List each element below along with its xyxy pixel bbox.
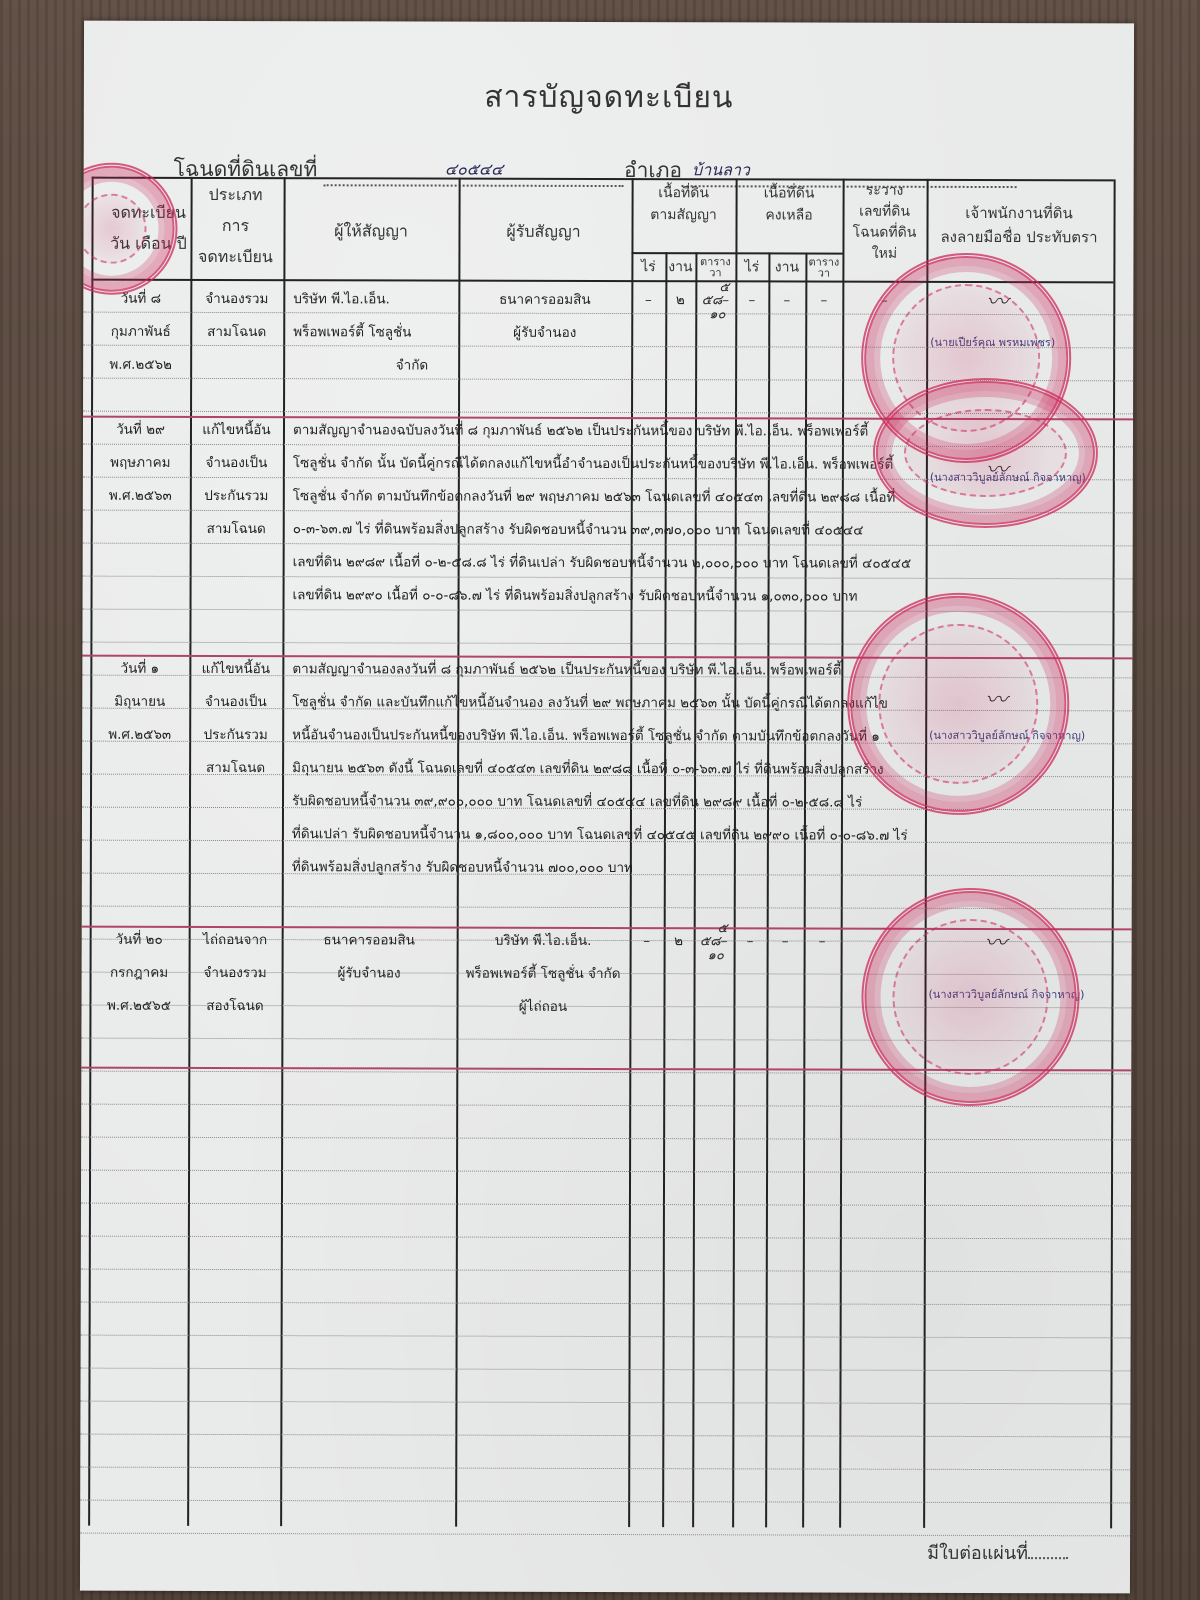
col-header-area-contract: เนื้อที่ดิน ตามสัญญา: [632, 182, 736, 226]
ruled-line: [81, 1368, 1131, 1372]
col-header-grantee: ผู้รับสัญญา: [458, 220, 628, 243]
entry-memo-line: โซลูชั่น จำกัด ตามบันทึกข้อตกลงวันที่ ๒๙…: [293, 480, 896, 515]
entry-grantor: ธนาคารออมสิน: [282, 924, 457, 957]
official-seal-4: [861, 888, 1080, 1107]
footer-text: มีใบต่อแผ่นที่: [927, 1543, 1028, 1564]
col-header-grantor: ผู้ให้สัญญา: [283, 219, 458, 242]
new-deed-line1: ระวาง: [843, 181, 927, 202]
entry-date: กรกฎาคม: [92, 957, 187, 990]
entry-type: สามโฉนด: [190, 513, 283, 546]
registration-page: สารบัญจดทะเบียน โฉนดที่ดินเลขที่ ๔๐๕๔๔อำ…: [80, 21, 1134, 1594]
continuation-sheet-label: มีใบต่อแผ่นที่: [927, 1538, 1068, 1567]
area-remaining-ngan: –: [767, 925, 804, 958]
entry-memo-line: หนี้อันจำนองเป็นประกันหนี้ของบริษัท พี.ไ…: [292, 719, 880, 754]
entry-date: วันที่ ๑: [92, 653, 187, 686]
entry-grantor: ผู้รับจำนอง: [282, 957, 457, 990]
area-remaining-ngan: –: [768, 284, 805, 317]
entry-type: สองโฉนด: [188, 990, 281, 1023]
entry-memo-line: ตามสัญญาจำนองลงวันที่ ๘ กุมภาพันธ์ ๒๕๖๒ …: [292, 653, 841, 687]
entry-type: สามโฉนด: [189, 752, 282, 785]
unit-header-ngan: งาน: [768, 256, 805, 279]
area-contract-rai: –: [631, 284, 665, 317]
new-deed-line4: ใหม่: [842, 244, 926, 265]
entry-type: จำนองเป็น: [190, 447, 283, 480]
entry-memo-line: มิถุนายน ๒๕๖๓ ดังนี้ โฉนดเลขที่ ๔๐๕๔๓ เล…: [292, 752, 884, 787]
unit-header-rai: ไร่: [631, 256, 665, 279]
entry-grantee: ธนาคารออมสิน: [458, 284, 631, 317]
col-header-type-line3: จดทะเบียน: [190, 245, 280, 268]
ruled-line: [81, 1335, 1131, 1339]
entry-grantee: พร็อพเพอร์ตี้ โซลูชั่น จำกัด: [457, 958, 630, 991]
area-contract-ngan: ๒: [665, 284, 695, 317]
entry-grantor: บริษัท พี.ไอ.เอ็น.: [293, 283, 443, 316]
entry-memo-line: ที่ดินเปล่า รับผิดชอบหนี้จำนวน ๑,๘๐๐,๐๐๐…: [292, 818, 908, 853]
ruled-line: [81, 1236, 1131, 1240]
entry-type: จำนองรวม: [189, 957, 282, 990]
col-header-type-line1: ประเภท: [191, 183, 281, 206]
entry-type: จำนองเป็น: [189, 686, 282, 719]
col-header-type-line2: การ: [190, 214, 280, 237]
entry-date: วันที่ ๒๙: [93, 414, 188, 447]
deed-number-value: ๔๐๕๔๔: [324, 157, 624, 183]
entry-memo-line: ๐-๓-๖๓.๗ ไร่ ที่ดินพร้อมสิ่งปลูกสร้าง รั…: [293, 513, 864, 547]
entry-memo-line: โซลูชั่น จำกัด และบันทึกแก้ไขหนี้อันจำนอ…: [292, 686, 888, 721]
unit-header-wa: ตารางวา: [805, 257, 842, 279]
ruled-line: [80, 1467, 1130, 1471]
entry-grantor: จำกัด: [283, 349, 428, 382]
official-seal-2: [873, 378, 1098, 529]
ruled-line: [81, 1170, 1131, 1174]
officer-header-line1: เจ้าพนักงานที่ดิน: [927, 201, 1112, 225]
col-header-type: ประเภท การ จดทะเบียน: [190, 183, 280, 268]
wa-fraction-numerator: ๕: [718, 922, 728, 935]
ruled-line: [81, 1203, 1131, 1207]
entry-type: แก้ไขหนี้อัน: [189, 653, 282, 686]
ruled-line: [80, 1500, 1130, 1504]
ruled-line: [80, 1401, 1130, 1405]
deed-number-label: โฉนดที่ดินเลขที่: [174, 153, 318, 186]
entry-memo-line: ที่ดินพร้อมสิ่งปลูกสร้าง รับผิดชอบหนี้จำ…: [292, 851, 633, 885]
column-rule: [1110, 179, 1115, 1528]
officer-header-line2: ลงลายมือชื่อ ประทับตรา: [926, 225, 1111, 249]
area-contract-line2: ตามสัญญา: [632, 204, 736, 226]
ruled-line: [81, 1269, 1131, 1273]
wa-fraction-numerator: ๕: [719, 281, 729, 294]
entry-date: วันที่ ๒๐: [92, 924, 187, 957]
area-contract-line1: เนื้อที่ดิน: [632, 182, 736, 204]
area-subheader-rule: [631, 252, 842, 254]
entry-type: สามโฉนด: [190, 316, 283, 349]
entry-date: กุมภาพันธ์: [93, 316, 188, 349]
wa-fraction-denominator: ๑๐: [709, 308, 725, 321]
entry-type: จำนองรวม: [190, 283, 283, 316]
col-header-new-deed: ระวาง เลขที่ดิน โฉนดที่ดิน ใหม่: [842, 181, 926, 265]
entry-memo-line: โซลูชั่น จำกัด นั้น บัดนี้คู่กรณีได้ตกลง…: [293, 447, 894, 482]
column-rule: [839, 179, 844, 1528]
ruled-line: [80, 1434, 1130, 1438]
entry-date: พ.ศ.๒๕๖๓: [92, 719, 187, 752]
entry-grantee: ผู้ไถ่ถอน: [456, 991, 629, 1024]
land-office-stamp-top-left: [80, 163, 178, 295]
ruled-line: [81, 1137, 1131, 1141]
entry-date: พ.ศ.๒๕๖๓: [93, 480, 188, 513]
footer-dots: [1028, 1557, 1068, 1559]
entry-date: พ.ศ.๒๕๖๒: [93, 349, 188, 382]
area-contract-ngan: ๒: [664, 925, 694, 958]
entry-memo-line: เลขที่ดิน ๒๙๘๙ เนื้อที่ ๐-๒-๕๘.๘ ไร่ ที่…: [293, 546, 912, 581]
ruled-line: [81, 1302, 1131, 1306]
wa-fraction-denominator: ๑๐: [708, 949, 724, 962]
area-remaining-line1: เนื้อที่ดิน: [736, 182, 843, 204]
entry-date: พ.ศ.๒๕๖๕: [91, 990, 186, 1023]
entry-grantor: พร็อพเพอร์ตี้ โซลูชั่น: [293, 316, 443, 349]
new-deed-line2: เลขที่ดิน: [843, 202, 927, 223]
entry-date: มิถุนายน: [92, 686, 187, 719]
area-remaining-rai: –: [735, 284, 768, 317]
column-rule: [732, 178, 737, 1527]
col-header-area-remaining: เนื้อที่ดิน คงเหลือ: [736, 182, 843, 226]
entry-type: แก้ไขหนี้อัน: [190, 414, 283, 447]
new-deed-line3: โฉนดที่ดิน: [842, 223, 926, 244]
entry-date: พฤษภาคม: [93, 447, 188, 480]
page-title: สารบัญจดทะเบียน: [84, 73, 1134, 123]
unit-header-rai: ไร่: [735, 256, 768, 279]
entry-memo-line: รับผิดชอบหนี้จำนวน ๓๙,๙๐๐,๐๐๐ บาท โฉนดเล…: [292, 785, 862, 819]
area-remaining-wa: –: [805, 285, 842, 318]
area-remaining-wa: –: [804, 926, 841, 959]
entry-type: ไถ่ถอนจาก: [189, 924, 282, 957]
deed-number-field: ๔๐๕๔๔: [324, 164, 624, 187]
entry-type: ประกันรวม: [190, 480, 283, 513]
area-remaining-rai: –: [734, 925, 767, 958]
ruled-line: [80, 1533, 1130, 1537]
col-header-officer: เจ้าพนักงานที่ดิน ลงลายมือชื่อ ประทับตรา: [926, 201, 1111, 249]
official-seal-3: [847, 593, 1070, 816]
entry-grantee: ผู้รับจำนอง: [458, 317, 631, 350]
area-remaining-line2: คงเหลือ: [736, 204, 843, 226]
entry-grantee: บริษัท พี.ไอ.เอ็น.: [457, 925, 630, 958]
entry-type: ประกันรวม: [189, 719, 282, 752]
area-contract-rai: –: [630, 925, 664, 958]
unit-header-wa: ตารางวา: [695, 256, 735, 278]
unit-header-ngan: งาน: [665, 256, 695, 279]
entry-memo-line: ตามสัญญาจำนองฉบับลงวันที่ ๘ กุมภาพันธ์ ๒…: [293, 414, 868, 449]
entry-memo-line: เลขที่ดิน ๒๙๙๐ เนื้อที่ ๐-๐-๘๖.๗ ไร่ ที่…: [293, 579, 858, 613]
